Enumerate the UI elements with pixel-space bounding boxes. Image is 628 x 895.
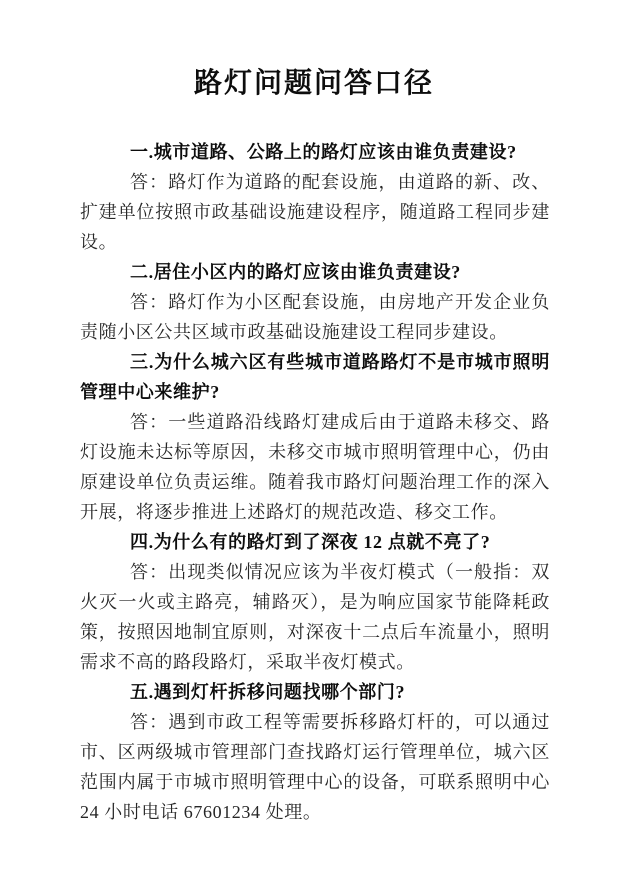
qa-content: 一.城市道路、公路上的路灯应该由谁负责建设? 答：路灯作为道路的配套设施，由道路…	[80, 137, 550, 827]
question-heading: 四.为什么有的路灯到了深夜 12 点就不亮了?	[80, 527, 550, 557]
question-heading: 五.遇到灯杆拆移问题找哪个部门?	[80, 677, 550, 707]
answer-paragraph: 答：路灯作为道路的配套设施，由道路的新、改、扩建单位按照市政基础设施建设程序，随…	[80, 167, 550, 257]
qa-item: 五.遇到灯杆拆移问题找哪个部门? 答：遇到市政工程等需要拆移路灯杆的，可以通过市…	[80, 677, 550, 827]
document-page: 路灯问题问答口径 一.城市道路、公路上的路灯应该由谁负责建设? 答：路灯作为道路…	[0, 0, 628, 895]
question-heading: 二.居住小区内的路灯应该由谁负责建设?	[80, 257, 550, 287]
answer-paragraph: 答：遇到市政工程等需要拆移路灯杆的，可以通过市、区两级城市管理部门查找路灯运行管…	[80, 707, 550, 827]
question-heading: 三.为什么城六区有些城市道路路灯不是市城市照明管理中心来维护?	[80, 347, 550, 407]
answer-paragraph: 答：路灯作为小区配套设施，由房地产开发企业负责随小区公共区域市政基础设施建设工程…	[80, 287, 550, 347]
question-heading: 一.城市道路、公路上的路灯应该由谁负责建设?	[80, 137, 550, 167]
qa-item: 一.城市道路、公路上的路灯应该由谁负责建设? 答：路灯作为道路的配套设施，由道路…	[80, 137, 550, 257]
answer-paragraph: 答：出现类似情况应该为半夜灯模式（一般指：双火灭一火或主路亮，辅路灭），是为响应…	[80, 557, 550, 677]
qa-item: 四.为什么有的路灯到了深夜 12 点就不亮了? 答：出现类似情况应该为半夜灯模式…	[80, 527, 550, 677]
document-title: 路灯问题问答口径	[0, 63, 628, 105]
answer-paragraph: 答：一些道路沿线路灯建成后由于道路未移交、路灯设施未达标等原因，未移交市城市照明…	[80, 407, 550, 527]
qa-item: 三.为什么城六区有些城市道路路灯不是市城市照明管理中心来维护? 答：一些道路沿线…	[80, 347, 550, 527]
qa-item: 二.居住小区内的路灯应该由谁负责建设? 答：路灯作为小区配套设施，由房地产开发企…	[80, 257, 550, 347]
